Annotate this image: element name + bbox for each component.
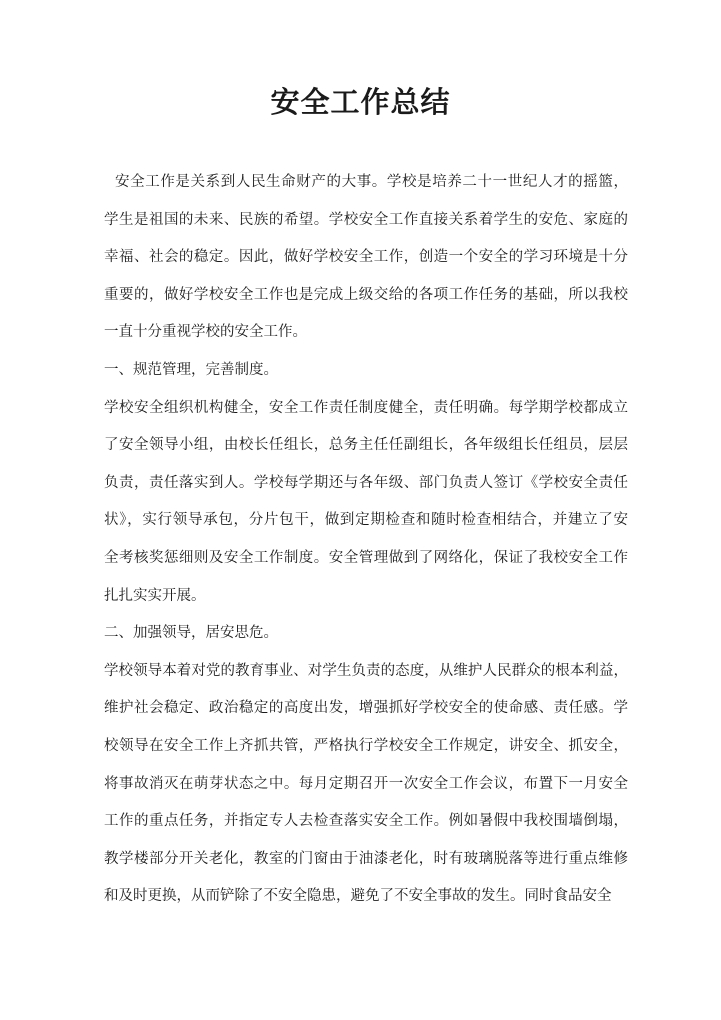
section-heading: 一、规范管理，完善制度。 [104, 352, 628, 390]
text-line: 扎扎实实开展。 [104, 578, 628, 616]
text-line: 将事故消灭在萌芽状态之中。每月定期召开一次安全工作会议，布置下一月安全 [104, 766, 628, 804]
text-line: 学校领导本着对党的教育事业、对学生负责的态度，从维护人民群众的根本利益， [104, 653, 628, 691]
text-line: 全考核奖惩细则及安全工作制度。安全管理做到了网络化，保证了我校安全工作 [104, 540, 628, 578]
text-line: 工作的重点任务，并指定专人去检查落实安全工作。例如暑假中我校围墙倒塌， [104, 803, 628, 841]
paragraph: 学校领导本着对党的教育事业、对学生负责的态度，从维护人民群众的根本利益，维护社会… [104, 653, 628, 916]
text-line: 二、加强领导，居安思危。 [104, 615, 628, 653]
text-line: 状》，实行领导承包，分片包干，做到定期检查和随时检查相结合，并建立了安 [104, 502, 628, 540]
document-page: 安全工作总结 安全工作是关系到人民生命财产的大事。学校是培养二十一世纪人才的摇篮… [0, 0, 721, 1020]
text-line: 教学楼部分开关老化，教室的门窗由于油漆老化，时有玻璃脱落等进行重点维修 [104, 841, 628, 879]
document-title: 安全工作总结 [0, 0, 721, 121]
text-line: 了安全领导小组，由校长任组长，总务主任任副组长，各年级组长任组员，层层 [104, 427, 628, 465]
text-line: 维护社会稳定、政治稳定的高度出发，增强抓好学校安全的使命感、责任感。学 [104, 690, 628, 728]
text-line: 一、规范管理，完善制度。 [104, 352, 628, 390]
text-line: 负责，责任落实到人。学校每学期还与各年级、部门负责人签订《学校安全责任 [104, 465, 628, 503]
text-line: 校领导在安全工作上齐抓共管，严格执行学校安全工作规定，讲安全、抓安全， [104, 728, 628, 766]
section-heading: 二、加强领导，居安思危。 [104, 615, 628, 653]
paragraph: 学校安全组织机构健全，安全工作责任制度健全，责任明确。每学期学校都成立了安全领导… [104, 390, 628, 616]
text-line: 一直十分重视学校的安全工作。 [104, 314, 628, 352]
text-line: 学校安全组织机构健全，安全工作责任制度健全，责任明确。每学期学校都成立 [104, 390, 628, 428]
text-line: 安全工作是关系到人民生命财产的大事。学校是培养二十一世纪人才的摇篮， [104, 164, 628, 202]
text-line: 重要的，做好学校安全工作也是完成上级交给的各项工作任务的基础，所以我校 [104, 277, 628, 315]
paragraph: 安全工作是关系到人民生命财产的大事。学校是培养二十一世纪人才的摇篮，学生是祖国的… [104, 164, 628, 352]
text-line: 幸福、社会的稳定。因此，做好学校安全工作，创造一个安全的学习环境是十分 [104, 239, 628, 277]
document-body: 安全工作是关系到人民生命财产的大事。学校是培养二十一世纪人才的摇篮，学生是祖国的… [0, 164, 721, 916]
text-line: 和及时更换，从而铲除了不安全隐患，避免了不安全事故的发生。同时食品安全 [104, 878, 628, 916]
text-line: 学生是祖国的未来、民族的希望。学校安全工作直接关系着学生的安危、家庭的 [104, 202, 628, 240]
